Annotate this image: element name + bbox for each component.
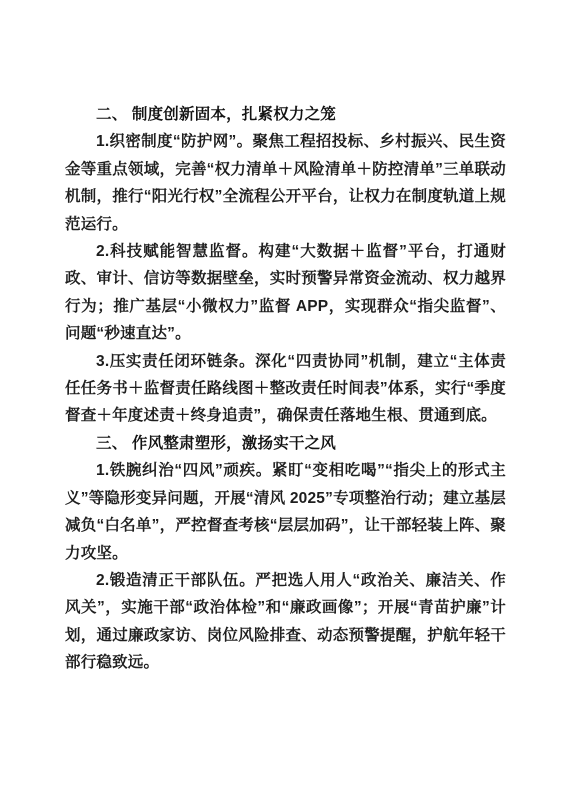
document-page: 二、 制度创新固本，扎紧权力之笼 1.织密制度“防护网”。聚焦工程招投标、乡村振… <box>0 0 570 807</box>
section-heading-2: 二、 制度创新固本，扎紧权力之笼 <box>65 101 506 128</box>
body-paragraph: 1.织密制度“防护网”。聚焦工程招投标、乡村振兴、民生资金等重点领域，完善“权力… <box>65 128 506 238</box>
body-paragraph: 2.科技赋能智慧监督。构建“大数据＋监督”平台，打通财政、审计、信访等数据壁垒，… <box>65 238 506 348</box>
body-paragraph: 1.铁腕纠治“四风”顽疾。紧盯“变相吃喝”“指尖上的形式主义”等隐形变异问题，开… <box>65 457 506 567</box>
body-paragraph: 2.锻造清正干部队伍。严把选人用人“政治关、廉洁关、作风关”，实施干部“政治体检… <box>65 567 506 677</box>
body-paragraph: 3.压实责任闭环链条。深化“四责协同”机制，建立“主体责任任务书＋监督责任路线图… <box>65 348 506 430</box>
section-heading-3: 三、 作风整肃塑形，激扬实干之风 <box>65 430 506 457</box>
document-text-block: 二、 制度创新固本，扎紧权力之笼 1.织密制度“防护网”。聚焦工程招投标、乡村振… <box>65 101 506 677</box>
